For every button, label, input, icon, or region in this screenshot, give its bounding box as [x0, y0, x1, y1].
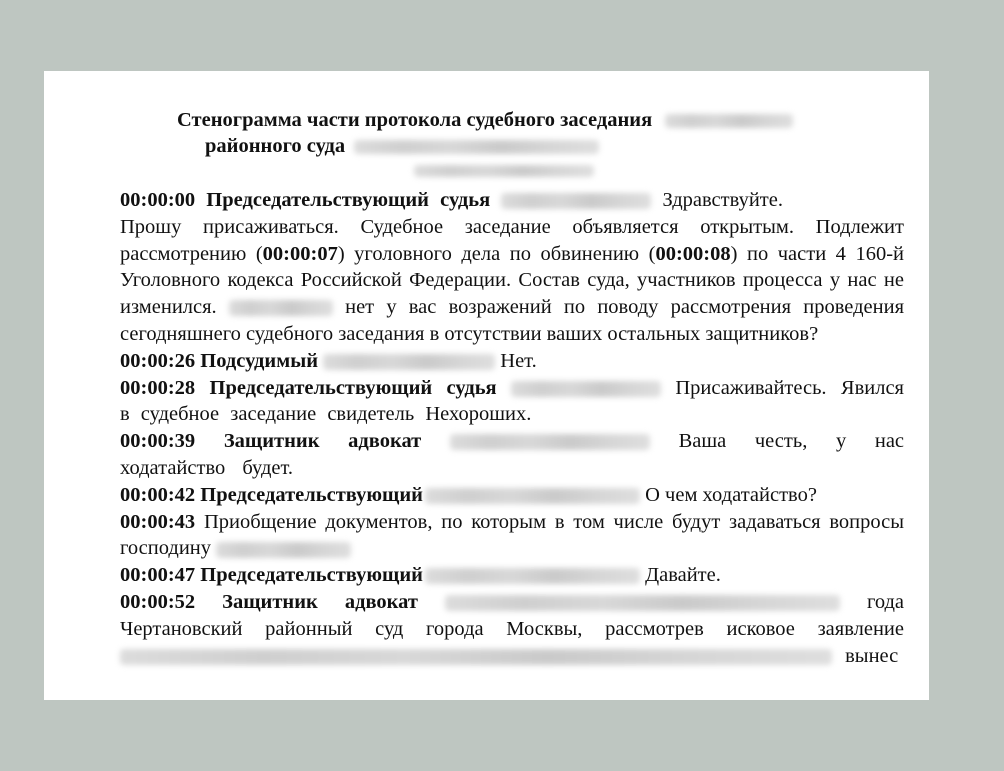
speaker-role: Подсудимый: [200, 350, 318, 372]
entry-text: Здравствуйте.: [662, 189, 783, 211]
inline-timestamp: 00:00:07: [263, 243, 338, 265]
title-line-1: Стенограмма части протокола судебного за…: [177, 109, 652, 131]
redacted-speaker-name: [511, 381, 661, 397]
speaker-role: Председательствующий судья: [206, 189, 490, 211]
redacted-case-details: [354, 140, 599, 154]
entry-text: Присаживайтесь.: [675, 377, 826, 399]
timestamp: 00:00:26: [120, 350, 195, 372]
timestamp: 00:00:43: [120, 511, 195, 533]
speaker-role: Защитник адвокат: [224, 430, 421, 452]
transcript-entry: 00:00:47 Председательствующий Давайте.: [120, 562, 904, 589]
transcript-entry: 00:00:42 Председательствующий О чем хода…: [120, 482, 904, 509]
redacted-speaker-name: [425, 568, 640, 584]
timestamp: 00:00:00: [120, 189, 195, 211]
timestamp: 00:00:47: [120, 564, 195, 586]
redacted-speaker-and-date: [445, 595, 840, 611]
redacted-speaker-name: [323, 354, 495, 370]
entry-text: вынес: [845, 645, 898, 667]
transcript-entry: 00:00:52 Защитник адвокат года Чертановс…: [120, 589, 904, 669]
speaker-role: Защитник адвокат: [222, 591, 418, 613]
speaker-role: Председательствующий: [200, 564, 423, 586]
entry-text: Нет.: [500, 350, 536, 372]
redacted-court-name: [665, 114, 793, 128]
document-page: Стенограмма части протокола судебного за…: [44, 71, 929, 700]
redacted-date: [414, 165, 594, 177]
redacted-speaker-name: [501, 193, 651, 209]
redacted-speaker-name: [450, 434, 650, 450]
transcript-entry: 00:00:43 Приобщение документов, по котор…: [120, 509, 904, 563]
timestamp: 00:00:42: [120, 484, 195, 506]
speaker-role: Председательствующий: [200, 484, 423, 506]
inline-timestamp: 00:00:08: [655, 243, 730, 265]
redacted-case-reference: [120, 649, 832, 665]
transcript-body: 00:00:00 Председательствующий судья Здра…: [120, 187, 904, 669]
timestamp: 00:00:52: [120, 591, 195, 613]
entry-text: Чертановский районный суд города Москвы,…: [120, 618, 904, 640]
entry-text: ) уголовного дела по обвинению (: [338, 243, 656, 265]
transcript-entry: 00:00:39 Защитник адвокат Ваша честь, у …: [120, 428, 904, 482]
timestamp: 00:00:28: [120, 377, 195, 399]
transcript-entry-body: Прошу присаживаться. Судебное заседание …: [120, 214, 904, 348]
redacted-name: [216, 542, 351, 558]
redacted-speaker-name: [425, 488, 640, 504]
redacted-addressee: [229, 300, 333, 316]
entry-text: О чем ходатайство?: [645, 484, 817, 506]
transcript-entry: 00:00:28 Председательствующий судья Прис…: [120, 375, 904, 429]
entry-text: Давайте.: [645, 564, 721, 586]
title-line-2: районного суда: [205, 135, 345, 157]
transcript-entry: 00:00:26 Подсудимый Нет.: [120, 348, 904, 375]
entry-text: года: [867, 591, 904, 613]
timestamp: 00:00:39: [120, 430, 195, 452]
speaker-role: Председательствующий судья: [210, 377, 497, 399]
